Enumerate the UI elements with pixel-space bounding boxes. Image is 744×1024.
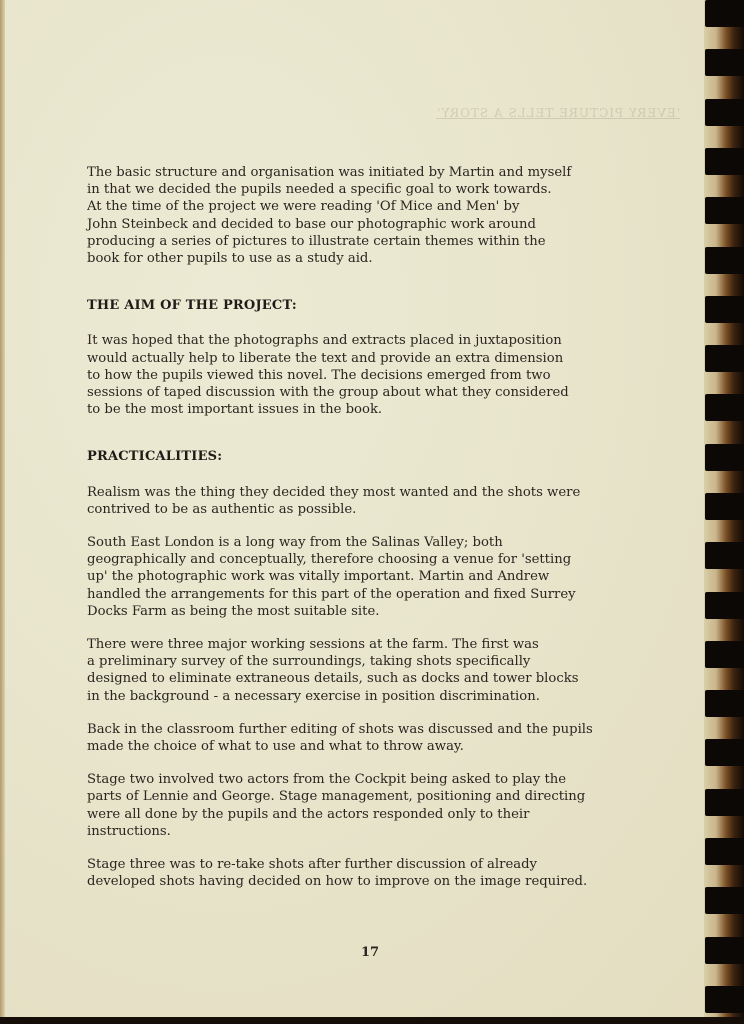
paragraph: Realism was the thing they decided they … xyxy=(87,484,667,518)
paragraph: It was hoped that the photographs and ex… xyxy=(87,332,667,418)
intro-paragraph: The basic structure and organisation was… xyxy=(87,164,667,267)
binding-hole xyxy=(705,49,744,76)
paragraph: South East London is a long way from the… xyxy=(87,534,667,620)
binding-hole xyxy=(705,0,744,27)
section-aim: THE AIM OF THE PROJECT: It was hoped tha… xyxy=(87,297,667,418)
section-heading-practicalities: PRACTICALITIES: xyxy=(87,448,667,465)
binding-hole xyxy=(705,789,744,816)
scanned-page: 'EVERY PICTURE TELLS A STORY' The basic … xyxy=(0,0,744,1024)
page-left-edge xyxy=(0,0,5,1024)
reverse-side-show-through: 'EVERY PICTURE TELLS A STORY' xyxy=(380,106,680,120)
section-heading-aim: THE AIM OF THE PROJECT: xyxy=(87,297,667,314)
page-bottom-edge xyxy=(0,1017,744,1024)
binding-hole xyxy=(705,197,744,224)
paragraph: Back in the classroom further editing of… xyxy=(87,721,667,755)
paragraph: Stage two involved two actors from the C… xyxy=(87,771,667,840)
binding-hole xyxy=(705,99,744,126)
binding-hole xyxy=(705,986,744,1013)
binding-hole xyxy=(705,345,744,372)
binding-hole xyxy=(705,394,744,421)
binding-hole xyxy=(705,493,744,520)
binding-hole xyxy=(705,838,744,865)
binding-hole xyxy=(705,444,744,471)
binding-hole xyxy=(705,690,744,717)
binding-hole xyxy=(705,148,744,175)
binding-hole xyxy=(705,937,744,964)
paragraph: Stage three was to re-take shots after f… xyxy=(87,856,667,890)
binding-hole xyxy=(705,296,744,323)
page-body: The basic structure and organisation was… xyxy=(87,164,667,907)
binding-hole xyxy=(705,542,744,569)
section-practicalities: PRACTICALITIES: Realism was the thing th… xyxy=(87,448,667,890)
binding-hole xyxy=(705,887,744,914)
binding-hole xyxy=(705,739,744,766)
paragraph: There were three major working sessions … xyxy=(87,636,667,705)
binding-hole xyxy=(705,592,744,619)
binding-hole xyxy=(705,641,744,668)
page-number: 17 xyxy=(361,945,379,960)
binding-hole xyxy=(705,247,744,274)
